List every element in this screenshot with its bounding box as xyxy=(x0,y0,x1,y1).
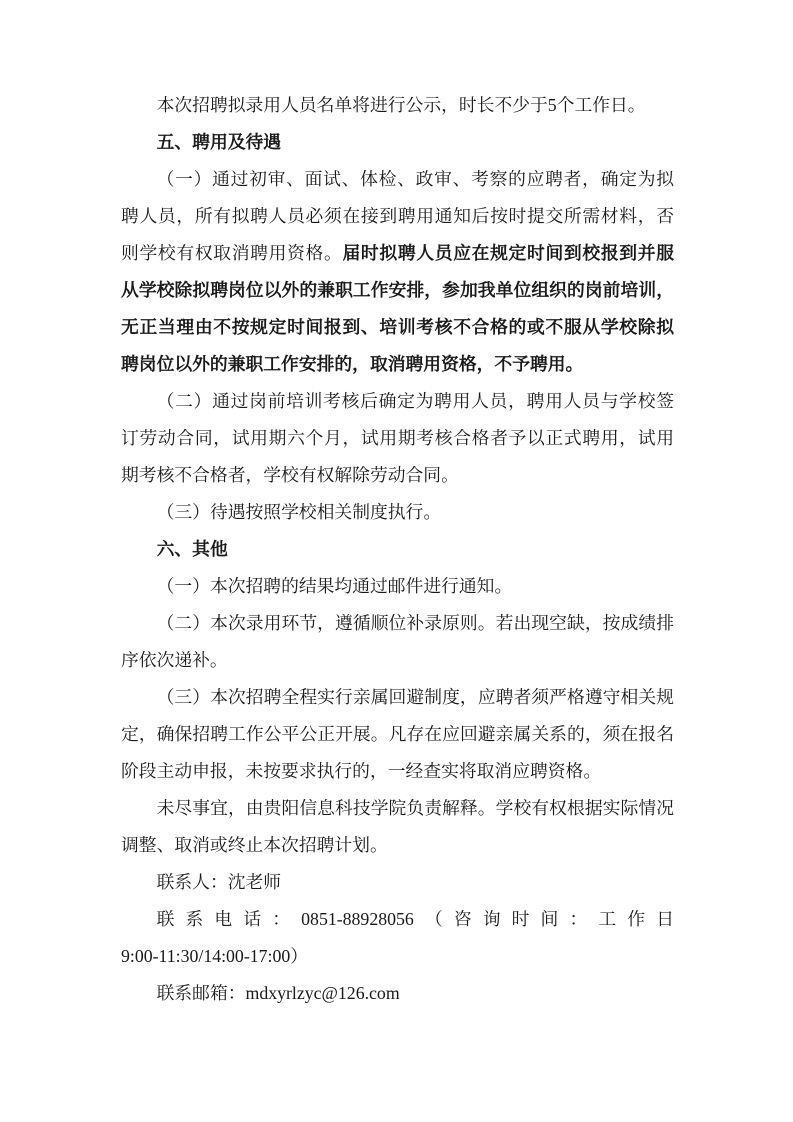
text-line: 联系邮箱：mdxyrlzyc@126.com xyxy=(121,975,674,1012)
bold-text-segment: 六、其他 xyxy=(157,539,228,559)
text-segment: 则学校有权取消聘用资格。 xyxy=(121,243,342,263)
text-line: 六、其他 xyxy=(121,531,674,568)
bold-text-segment: 届时拟聘人员应在规定时间到校报到并服 xyxy=(342,243,674,263)
text-line: 从学校除拟聘岗位以外的兼职工作安排，参加我单位组织的岗前培训， xyxy=(121,272,674,309)
text-line: 聘人员，所有拟聘人员必须在接到聘用通知后按时提交所需材料，否 xyxy=(121,198,674,235)
text-line: 本次招聘拟录用人员名单将进行公示，时长不少于5个工作日。 xyxy=(121,87,674,124)
text-line: 未尽事宜，由贵阳信息科技学院负责解释。学校有权根据实际情况 xyxy=(121,790,674,827)
document-body: 本次招聘拟录用人员名单将进行公示，时长不少于5个工作日。五、聘用及待遇（一）通过… xyxy=(121,87,674,1012)
text-segment: （三）待遇按照学校相关制度执行。 xyxy=(157,502,442,522)
text-line: （二）通过岗前培训考核后确定为聘用人员，聘用人员与学校签 xyxy=(121,383,674,420)
text-line: 聘岗位以外的兼职工作安排的，取消聘用资格，不予聘用。 xyxy=(121,346,674,383)
text-segment: 9:00-11:30/14:00-17:00） xyxy=(121,946,308,966)
text-line: 联系人：沈老师 xyxy=(121,864,674,901)
text-segment: 序依次递补。 xyxy=(121,650,228,670)
text-segment: （二）本次录用环节，遵循顺位补录原则。若出现空缺，按成绩排 xyxy=(157,613,674,633)
text-line: 阶段主动申报，未按要求执行的，一经查实将取消应聘资格。 xyxy=(121,753,674,790)
text-segment: 联系邮箱：mdxyrlzyc@126.com xyxy=(157,983,400,1003)
text-segment: 聘人员，所有拟聘人员必须在接到聘用通知后按时提交所需材料，否 xyxy=(121,206,674,226)
text-line: （二）本次录用环节，遵循顺位补录原则。若出现空缺，按成绩排 xyxy=(121,605,674,642)
text-segment: （一）通过初审、面试、体检、政审、考察的应聘者，确定为拟 xyxy=(157,169,674,189)
text-line: 定，确保招聘工作公平公正开展。凡存在应回避亲属关系的，须在报名 xyxy=(121,716,674,753)
text-line: 订劳动合同，试用期六个月，试用期考核合格者予以正式聘用，试用 xyxy=(121,420,674,457)
text-line: 则学校有权取消聘用资格。届时拟聘人员应在规定时间到校报到并服 xyxy=(121,235,674,272)
text-segment: （一）本次招聘的结果均通过邮件进行通知。 xyxy=(157,576,513,596)
text-segment: 联系电话：0851-88928056（咨询时间：工作日 xyxy=(157,909,674,929)
text-segment: 未尽事宜，由贵阳信息科技学院负责解释。学校有权根据实际情况 xyxy=(157,798,674,818)
text-line: 无正当理由不按规定时间报到、培训考核不合格的或不服从学校除拟 xyxy=(121,309,674,346)
bold-text-segment: 从学校除拟聘岗位以外的兼职工作安排，参加我单位组织的岗前培训， xyxy=(121,280,674,300)
text-segment: 期考核不合格者，学校有权解除劳动合同。 xyxy=(121,465,459,485)
text-line: 调整、取消或终止本次招聘计划。 xyxy=(121,827,674,864)
document-page: 本次招聘拟录用人员名单将进行公示，时长不少于5个工作日。五、聘用及待遇（一）通过… xyxy=(0,0,793,1122)
text-segment: 联系人：沈老师 xyxy=(157,872,281,892)
text-segment: （三）本次招聘全程实行亲属回避制度，应聘者须严格遵守相关规 xyxy=(157,687,674,707)
text-line: 联系电话：0851-88928056（咨询时间：工作日 xyxy=(121,901,674,938)
text-line: 序依次递补。 xyxy=(121,642,674,679)
text-line: 9:00-11:30/14:00-17:00） xyxy=(121,938,674,975)
bold-text-segment: 无正当理由不按规定时间报到、培训考核不合格的或不服从学校除拟 xyxy=(121,317,674,337)
text-segment: 本次招聘拟录用人员名单将进行公示，时长不少于5个工作日。 xyxy=(157,95,646,115)
text-line: （一）通过初审、面试、体检、政审、考察的应聘者，确定为拟 xyxy=(121,161,674,198)
text-segment: 订劳动合同，试用期六个月，试用期考核合格者予以正式聘用，试用 xyxy=(121,428,674,448)
text-segment: 阶段主动申报，未按要求执行的，一经查实将取消应聘资格。 xyxy=(121,761,601,781)
text-line: （三）待遇按照学校相关制度执行。 xyxy=(121,494,674,531)
bold-text-segment: 五、聘用及待遇 xyxy=(157,132,281,152)
text-segment: 定，确保招聘工作公平公正开展。凡存在应回避亲属关系的，须在报名 xyxy=(121,724,674,744)
text-line: （一）本次招聘的结果均通过邮件进行通知。 xyxy=(121,568,674,605)
text-line: （三）本次招聘全程实行亲属回避制度，应聘者须严格遵守相关规 xyxy=(121,679,674,716)
text-line: 期考核不合格者，学校有权解除劳动合同。 xyxy=(121,457,674,494)
text-segment: （二）通过岗前培训考核后确定为聘用人员，聘用人员与学校签 xyxy=(157,391,674,411)
text-line: 五、聘用及待遇 xyxy=(121,124,674,161)
text-segment: 调整、取消或终止本次招聘计划。 xyxy=(121,835,388,855)
bold-text-segment: 聘岗位以外的兼职工作安排的，取消聘用资格，不予聘用。 xyxy=(121,354,583,374)
